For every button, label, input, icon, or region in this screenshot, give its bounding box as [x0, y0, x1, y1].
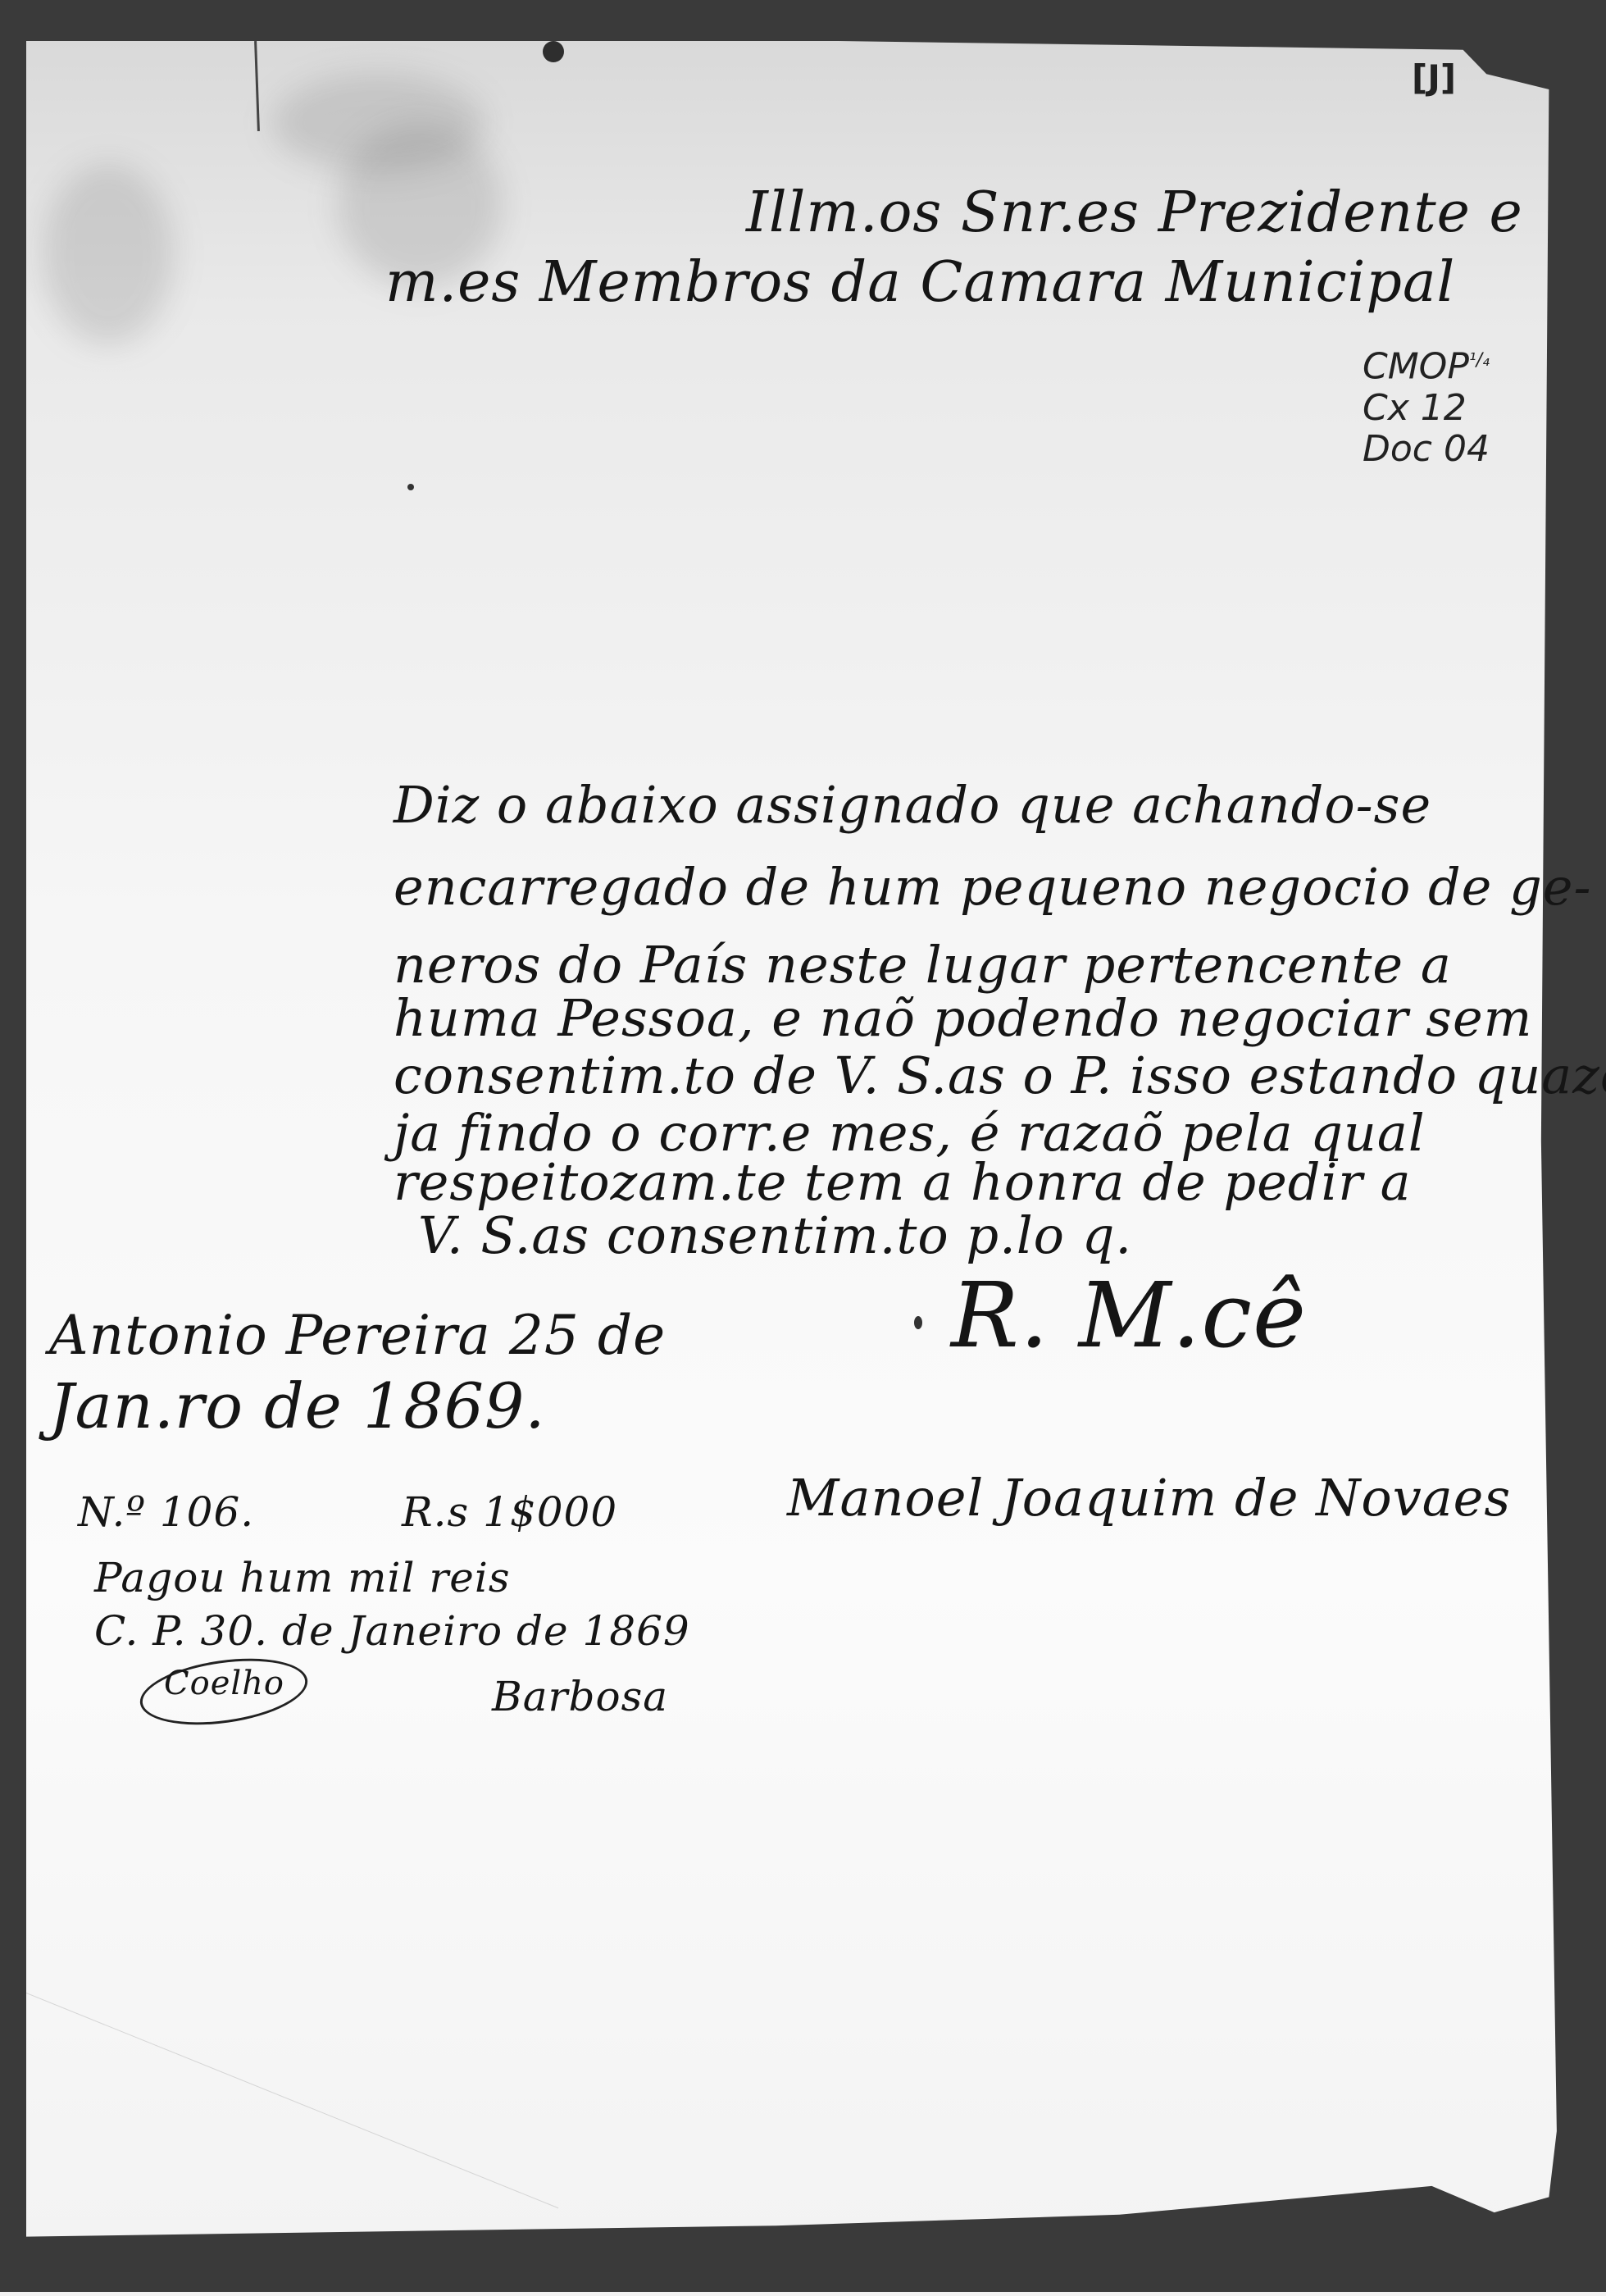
- scanner-edge: [0, 2292, 1606, 2296]
- archive-reference-doc: Doc 04: [1363, 429, 1490, 470]
- payment-signer: Barbosa: [492, 1673, 668, 1720]
- payment-line: C. P. 30. de Janeiro de 1869: [94, 1607, 690, 1655]
- body-line: neros do País neste lugar pertencente a: [394, 935, 1452, 995]
- body-line: respeitozam.te tem a honra de pedir a: [394, 1152, 1412, 1212]
- body-line: consentim.to de V. S.as o P. isso estand…: [394, 1045, 1606, 1105]
- archive-reference-box: Cx 12: [1363, 388, 1490, 429]
- paper-tear: [254, 41, 260, 131]
- body-line: encarregado de hum pequeno negocio de ge…: [394, 857, 1591, 917]
- place-date-line: Jan.ro de 1869.: [49, 1369, 545, 1442]
- archive-reference: CMOP¹/₄ Cx 12 Doc 04: [1363, 340, 1490, 470]
- ink-blot: [543, 41, 564, 62]
- petitioner-signature: Manoel Joaquim de Novaes: [787, 1468, 1511, 1528]
- closing-formula: R. M.cê: [951, 1263, 1307, 1368]
- ink-spot: [407, 484, 414, 490]
- ink-spot: [914, 1316, 922, 1329]
- salutation-line: Illm.os Snr.es Prezidente e: [746, 180, 1523, 245]
- clerk-stamp: Coelho: [164, 1665, 284, 1702]
- place-date-line: Antonio Pereira 25 de: [49, 1304, 666, 1367]
- payment-number: N.º 106.: [78, 1488, 254, 1536]
- water-stain: [43, 164, 174, 344]
- payment-amount: R.s 1$000: [402, 1488, 617, 1536]
- body-line: Diz o abaixo assignado que achando-se: [394, 775, 1431, 835]
- payment-line: Pagou hum mil reis: [94, 1554, 511, 1601]
- body-line: huma Pessoa, e naõ podendo negociar sem: [394, 988, 1532, 1048]
- paper-fold: [26, 1993, 558, 2208]
- archive-bracket-number: [J]: [1412, 57, 1456, 98]
- archive-reference-fonds: CMOP¹/₄: [1363, 340, 1490, 388]
- salutation-line: m.es Membros da Camara Municipal: [385, 250, 1455, 315]
- body-line: V. S.as consentim.to p.lo q.: [418, 1205, 1132, 1265]
